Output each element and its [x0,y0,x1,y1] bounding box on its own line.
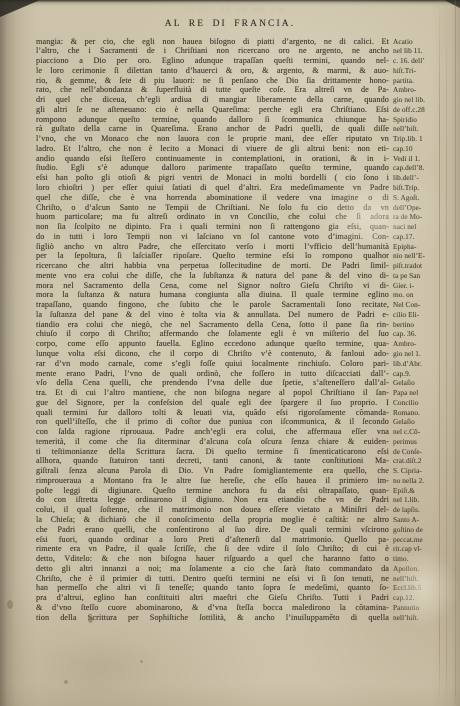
paper-stain [318,182,428,252]
bleed-through-ghost: AL RE DI FRANCIA. [0,5,460,14]
body-text-line: tiandio era colui che niegò, che nel Sac… [36,320,389,330]
body-text-line: chiuſo il corpo di Chriſto; affermando c… [36,329,389,339]
body-text-line: la ſuſtanza del pane & del vino è tolta … [36,310,389,320]
body-text-line: colui, il qual ſoſtenne, che il matrimon… [36,505,389,515]
body-text-line: rio, & gemme, & ſete di piu lauori: ne ſ… [36,76,389,86]
body-text-line: trapaſſano, quando fingono, che ſubito c… [36,300,389,310]
body-text-line: mente erano Padri, l’vno de quali ordinò… [36,369,389,379]
ink-speck [88,616,93,623]
ink-speck [64,680,68,684]
body-text-line: temerità, il come che ſia diterminar d’a… [36,437,389,447]
body-text-line: poſte leggi di digiunare. Queſto termine… [36,486,389,496]
body-text-line: gue del Signore, per la confeſsion del q… [36,398,389,408]
paper-stain [170,120,260,160]
body-text-line: vſo della Cena quelli, che prendendo l’v… [36,378,389,388]
body-text-line: corpo, come eſſo appunto fauella. Eglino… [36,339,389,349]
body-text-line: le loro cerimonie ſi dilettan tanto d’ha… [36,66,389,76]
body-text-line: per la ſepoltura, ſi laſciaſſer ripoſare… [36,251,389,261]
body-text-line: eſsi han poſto gli otioſi & pigri ventri… [36,173,389,183]
body-text-line: & d’vno ſteſſo cuore abominarono, & d’vn… [36,603,389,613]
ink-speck [7,600,13,609]
body-text-line: mora nel Sacramento della Cena, come nel… [36,281,389,291]
body-text-line: ricercano che altri habbia vna perpetua … [36,261,389,271]
body-text-line: dri quel che diceua, ch’egli ardiua di m… [36,95,389,105]
body-text-line: quali termini fur dalloro tolti & leuati… [36,408,389,418]
body-text-line: mente vno era colui che diſſe, che la ſu… [36,271,389,281]
body-text-line: rimproueraua a Montano fra le altre ſue … [36,476,389,486]
body-text-line: giſtrali ſenza alcuna Parola di Dio. Vn … [36,466,389,476]
body-text-line: mora la ſuſtanza & natura humana congiun… [36,290,389,300]
ink-speck [140,660,143,663]
body-text-line: ſtudio. Egli s’è adunque dalloro parimen… [36,163,389,173]
body-text-line: detto gli altri innanzi a noi; ma ſolame… [36,564,389,574]
body-text-line: eſsi fuori, quando ordinar a loro Preti … [36,535,389,545]
body-text-line: gli altri ſe ne aſteneuano: cio è nella … [36,105,389,115]
body-text-line: do con iſtretta legge ordinarono il digi… [36,495,389,505]
body-text-line: han permeſſo che altri vi ſi teneſſe; qu… [36,583,389,593]
paper-stain [388,548,458,628]
paper-stain [40,640,160,690]
book-page-scan: AL RE DI FRANCIA. AL RE DI FRANCIA. mang… [0,0,460,706]
body-text-line: allhora, quando ſtatuiron tanti decreti,… [36,456,389,466]
body-text-line: con ſalda ragione riprouaua. Padre anch’… [36,427,389,437]
body-text-line: la Chieſa; & dichiarò che il conoſciment… [36,515,389,525]
body-text-line: lunque volta eſsi dicono, che il corpo d… [36,349,389,359]
body-text-line: ron quell’iſteſſo, che il primo di coſto… [36,417,389,427]
body-text-line: ti teſtimonianze della Scrittura ſacra. … [36,447,389,457]
body-text-line: detto, Vditelo: & che non biſogna hauer … [36,554,389,564]
body-text-line: pra d’altrui, eglino han conſtituiti alt… [36,593,389,603]
body-text-line: rato, che nell’abondanza & ſuperfluità d… [36,85,389,95]
body-text-line: mangia: & per cio, che egli non hauea bi… [36,37,389,47]
body-text-line: piacciono a Dio per oro. Eglino adunque … [36,56,389,66]
body-text-line: l’altro, che i Sacramenti de i Chriſtian… [36,46,389,56]
running-header: AL RE DI FRANCIA. [0,19,460,29]
body-text-line: rar d’vn modo carnale, come s’egli foſſe… [36,359,389,369]
body-text-line: tra. Et di cui l’altro mantiene, che non… [36,388,389,398]
body-text-line: rimente era vn Padre, il quale ſcriſſe, … [36,544,389,554]
body-text-line: che Padri erano quelli, che conſentirono… [36,525,389,535]
body-text-line: Chriſto, che è il primier di tutti. Dent… [36,574,389,584]
